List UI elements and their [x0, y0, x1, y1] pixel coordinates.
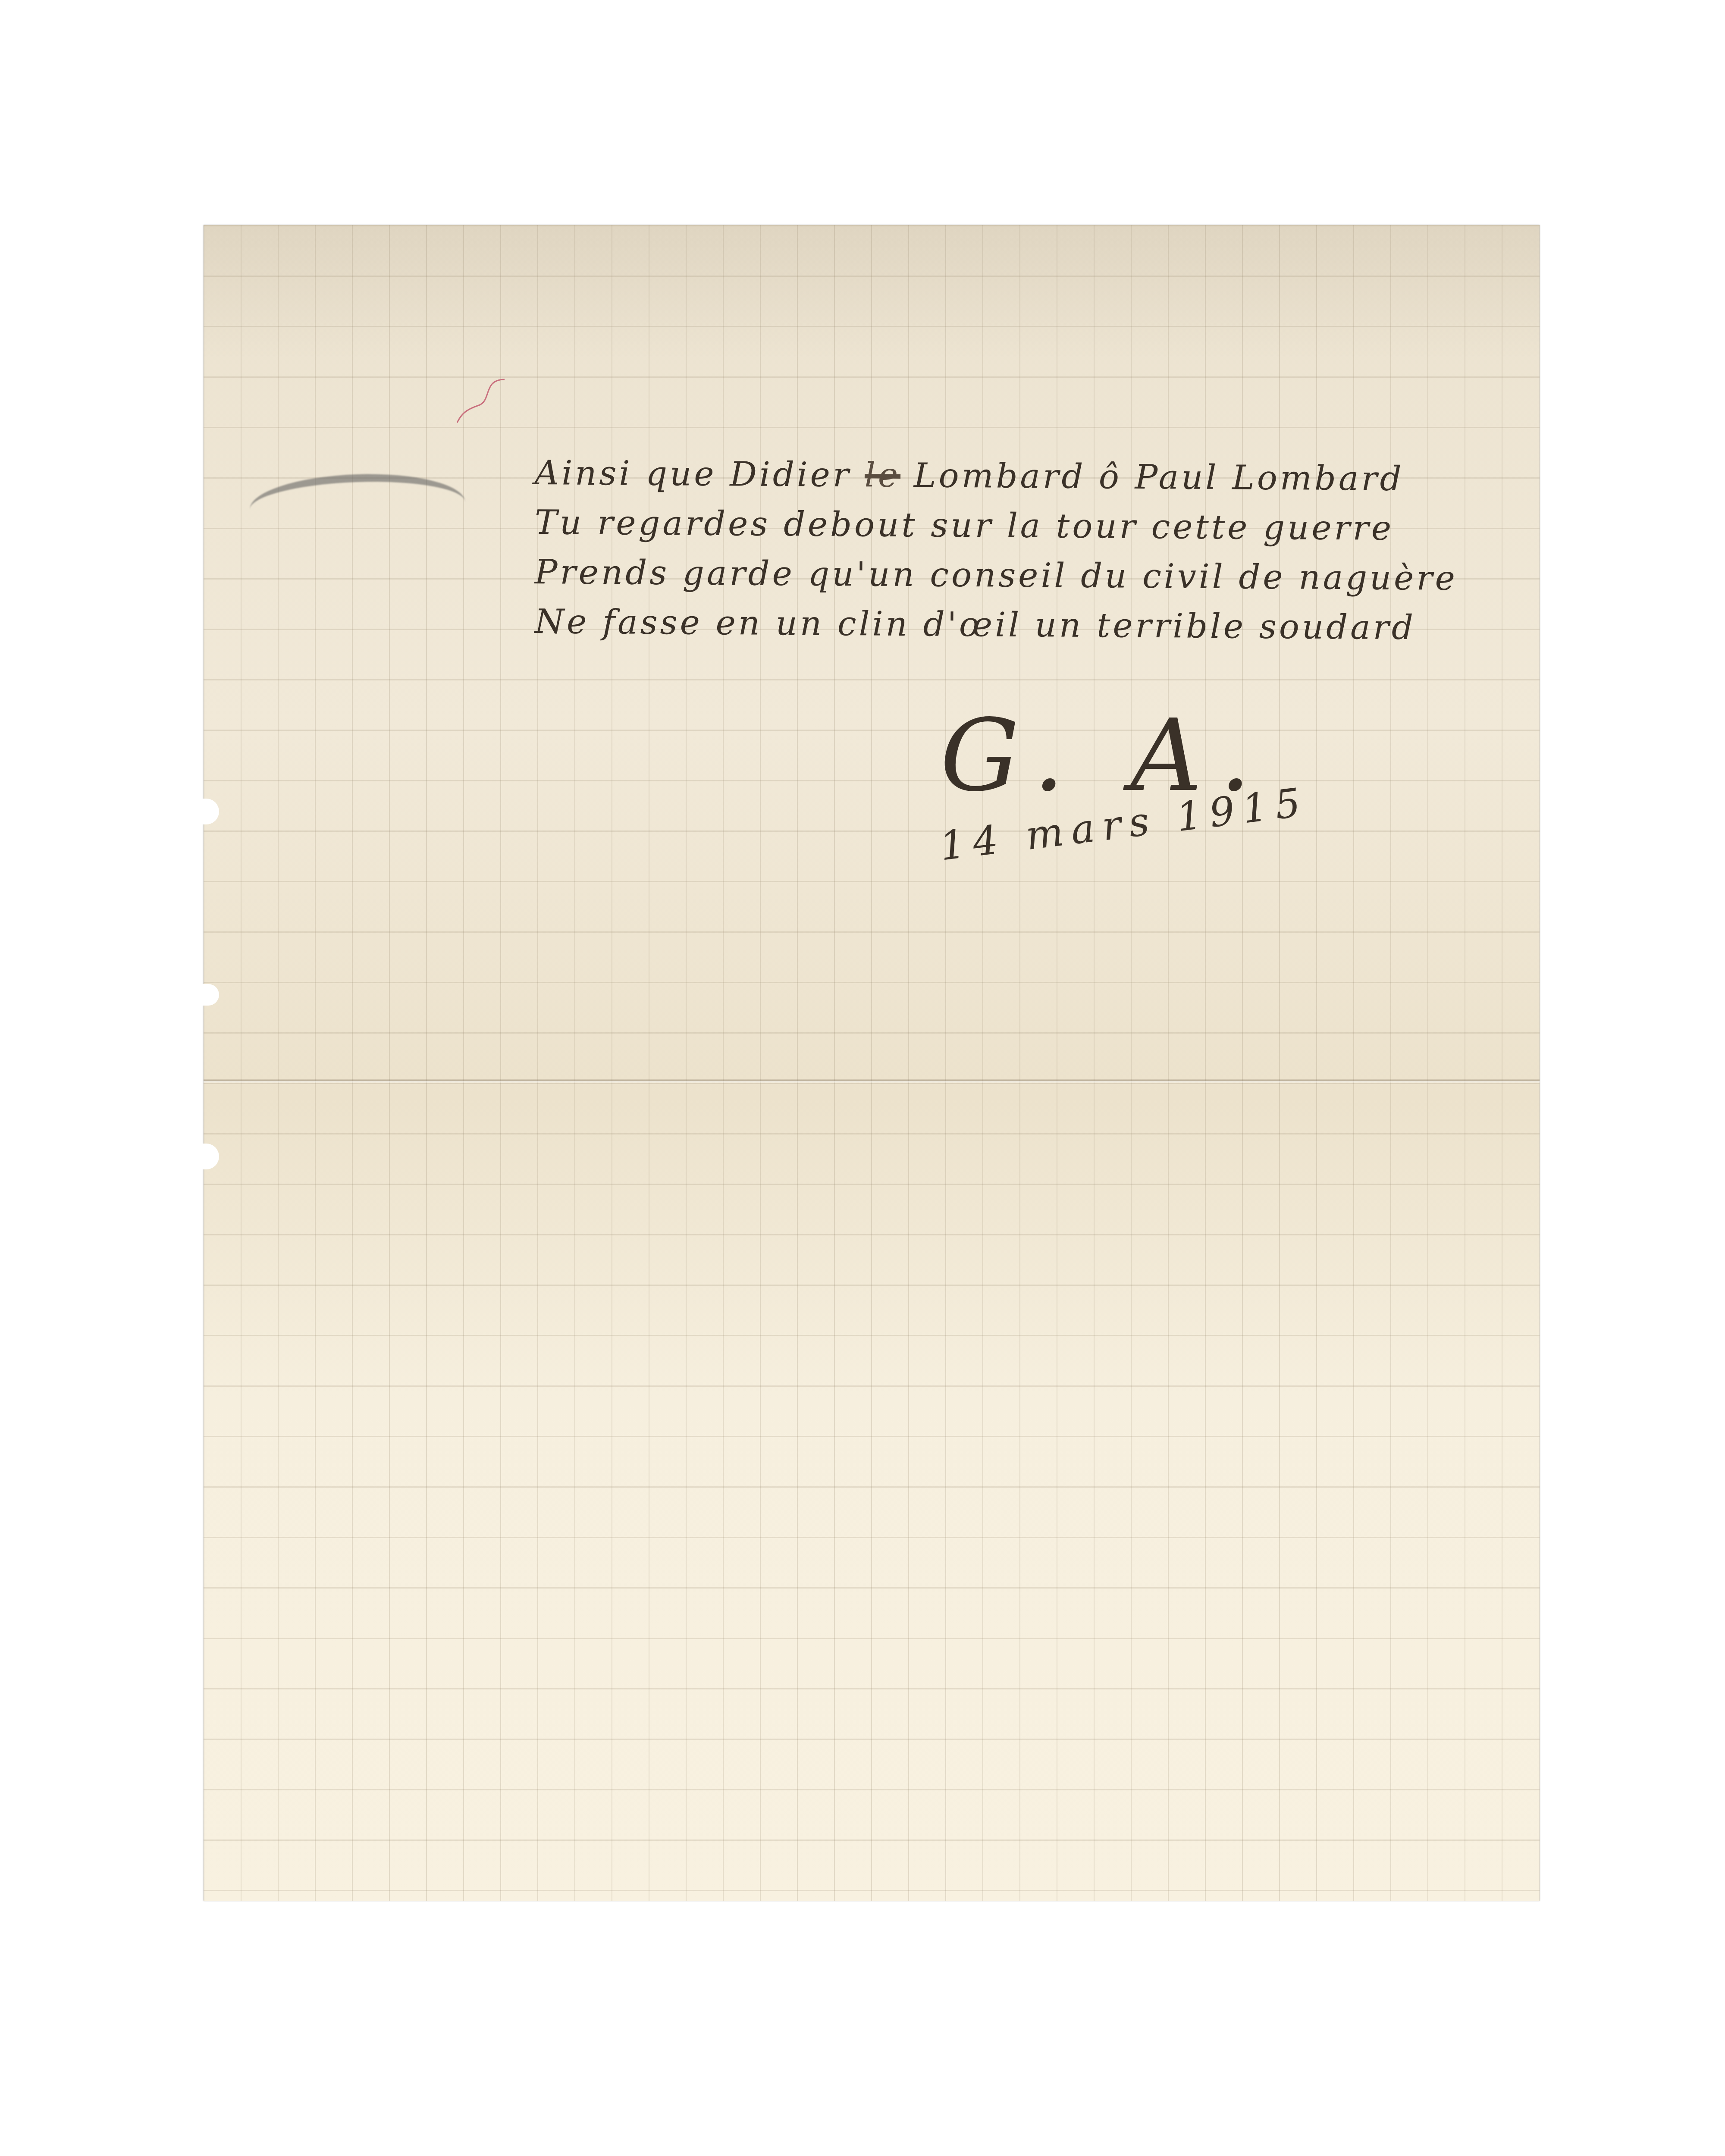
handwritten-poem: Ainsi que Didier le Lombard ô Paul Lomba…	[535, 448, 1527, 647]
red-pencil-squiggle	[457, 375, 509, 427]
poem-line-1-before: Ainsi que Didier	[535, 454, 865, 495]
poem-line-1: Ainsi que Didier le Lombard ô Paul Lomba…	[535, 448, 1527, 505]
poem-line-1-after: Lombard ô Paul Lombard	[900, 456, 1404, 498]
paper-fold-crease	[204, 1079, 1540, 1083]
poem-line-2: Tu regardes debout sur la tour cette gue…	[535, 498, 1527, 555]
poem-line-3: Prends garde qu'un conseil du civil de n…	[535, 548, 1527, 604]
poem-line-4: Ne fasse en un clin d'œil un terrible so…	[535, 597, 1527, 654]
struck-word: le	[865, 456, 901, 495]
